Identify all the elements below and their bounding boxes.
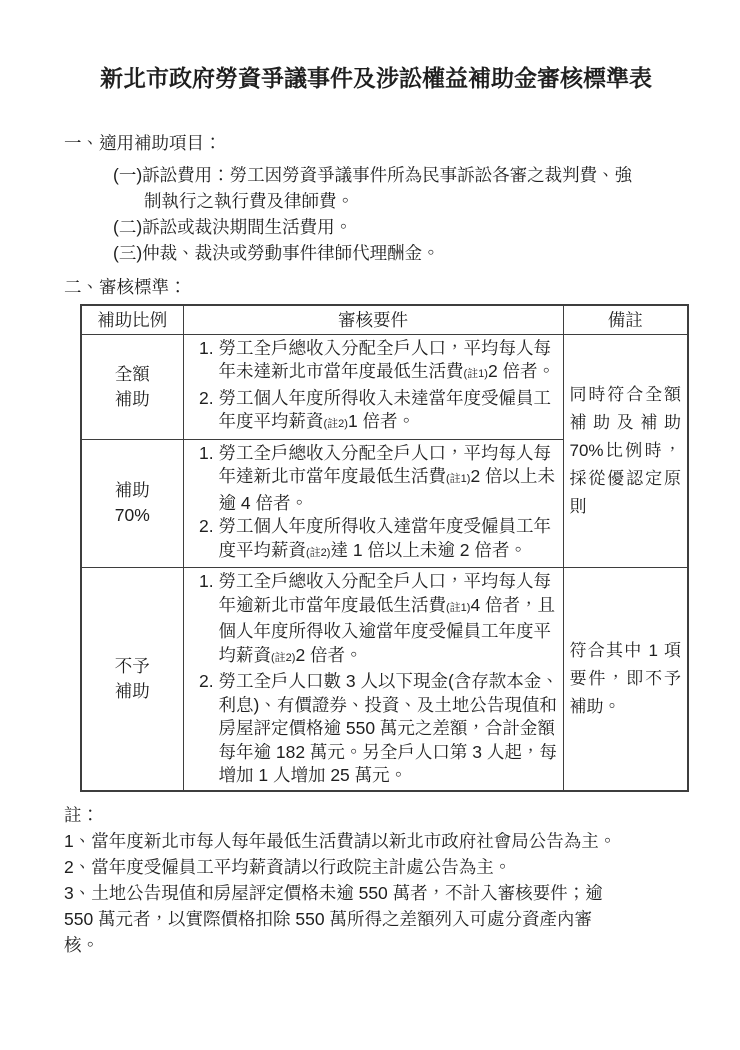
criteria-item: 勞工全戶總收入分配全戶人口，平均每人每年逾新北市當年度最低生活費(註1)4 倍者…: [219, 570, 560, 670]
footnote-ref: (註2): [306, 547, 330, 559]
criteria-list: 勞工全戶總收入分配全戶人口，平均每人每年逾新北市當年度最低生活費(註1)4 倍者…: [184, 570, 560, 788]
footnote-ref: (註1): [446, 473, 470, 485]
apply-items-list: (一)訴訟費用：勞工因勞資爭議事件所為民事訴訟各審之裁判費、強 制執行之執行費及…: [144, 162, 688, 266]
header-subsidy-ratio: 補助比例: [81, 305, 183, 334]
apply-item-3-line-1: (三)仲裁、裁決或勞動事件律師代理酬金。: [144, 240, 688, 266]
remark-text: 符合其中 1 項要件，即不予補助。: [570, 637, 682, 721]
document-title: 新北市政府勞資爭議事件及涉訟權益補助金審核標準表: [64, 62, 688, 94]
criteria-item: 勞工全戶總收入分配全戶人口，平均每人每年達新北市當年度最低生活費(註1)2 倍以…: [219, 442, 560, 516]
ratio-cell-full-subsidy: 全額 補助: [81, 334, 183, 439]
footnotes-section: 註： 1、當年度新北市每人每年最低生活費請以新北市政府社會局公告為主。 2、當年…: [64, 802, 688, 958]
remark-text: 同時符合全額補助及補助70%比例時，採從優認定原則: [570, 381, 682, 521]
table-row-no-subsidy: 不予 補助 勞工全戶總收入分配全戶人口，平均每人每年逾新北市當年度最低生活費(註…: [81, 568, 688, 791]
remark-cell-no-subsidy: 符合其中 1 項要件，即不予補助。: [563, 568, 688, 791]
footnote-line-1: 1、當年度新北市每人每年最低生活費請以新北市政府社會局公告為主。: [64, 828, 688, 854]
footnote-line-4: 550 萬元者，以實際價格扣除 550 萬所得之差額列入可處分資產內審: [64, 906, 688, 932]
apply-item-3: (三)仲裁、裁決或勞動事件律師代理酬金。: [144, 240, 688, 266]
criteria-item: 勞工個人年度所得收入未達當年度受僱員工年度平均薪資(註2)1 倍者。: [219, 387, 560, 437]
footnote-ref: (註1): [446, 602, 470, 614]
criteria-cell-no-subsidy: 勞工全戶總收入分配全戶人口，平均每人每年逾新北市當年度最低生活費(註1)4 倍者…: [183, 568, 563, 791]
footnote-line-5: 核。: [64, 932, 688, 958]
ratio-cell-subsidy-70: 補助 70%: [81, 439, 183, 568]
section-apply-heading: 一、適用補助項目：: [64, 130, 688, 156]
criteria-item: 勞工個人年度所得收入達當年度受僱員工年度平均薪資(註2)達 1 倍以上未逾 2 …: [219, 515, 560, 565]
section-review-heading: 二、審核標準：: [64, 274, 688, 300]
apply-item-1: (一)訴訟費用：勞工因勞資爭議事件所為民事訴訟各審之裁判費、強 制執行之執行費及…: [144, 162, 688, 214]
document-page: 新北市政府勞資爭議事件及涉訟權益補助金審核標準表 一、適用補助項目： (一)訴訟…: [0, 0, 740, 1050]
footnotes-heading: 註：: [64, 802, 688, 828]
footnote-ref: (註2): [324, 418, 348, 430]
apply-item-2-line-1: (二)訴訟或裁決期間生活費用。: [144, 214, 688, 240]
criteria-cell-full-subsidy: 勞工全戶總收入分配全戶人口，平均每人每年未達新北市當年度最低生活費(註1)2 倍…: [183, 334, 563, 439]
header-remark: 備註: [563, 305, 688, 334]
footnote-line-2: 2、當年度受僱員工平均薪資請以行政院主計處公告為主。: [64, 854, 688, 880]
ratio-label-line: 70%: [82, 503, 183, 528]
table-header-row: 補助比例 審核要件 備註: [81, 305, 688, 334]
remark-cell-merged: 同時符合全額補助及補助70%比例時，採從優認定原則: [563, 334, 688, 568]
ratio-label-line: 全額: [82, 362, 183, 387]
apply-item-1-line-1: (一)訴訟費用：勞工因勞資爭議事件所為民事訴訟各審之裁判費、強: [144, 162, 688, 188]
criteria-list: 勞工全戶總收入分配全戶人口，平均每人每年未達新北市當年度最低生活費(註1)2 倍…: [184, 337, 560, 437]
footnote-ref: (註1): [464, 368, 488, 380]
header-review-criteria: 審核要件: [183, 305, 563, 334]
criteria-item: 勞工全戶人口數 3 人以下現金(含存款本金、利息)、有價證券、投資、及土地公告現…: [219, 670, 560, 788]
ratio-label-line: 補助: [82, 387, 183, 412]
footnote-line-3: 3、土地公告現值和房屋評定價格未逾 550 萬者，不計入審核要件；逾: [64, 880, 688, 906]
ratio-label-line: 補助: [82, 679, 183, 704]
criteria-cell-subsidy-70: 勞工全戶總收入分配全戶人口，平均每人每年達新北市當年度最低生活費(註1)2 倍以…: [183, 439, 563, 568]
apply-item-2: (二)訴訟或裁決期間生活費用。: [144, 214, 688, 240]
review-standards-table: 補助比例 審核要件 備註 全額 補助 勞工全戶總收入分配全戶人口，平均每人每年未…: [80, 304, 689, 792]
apply-item-1-line-2: 制執行之執行費及律師費。: [144, 188, 688, 214]
table-row-full-subsidy: 全額 補助 勞工全戶總收入分配全戶人口，平均每人每年未達新北市當年度最低生活費(…: [81, 334, 688, 439]
ratio-label-line: 不予: [82, 654, 183, 679]
ratio-cell-no-subsidy: 不予 補助: [81, 568, 183, 791]
criteria-list: 勞工全戶總收入分配全戶人口，平均每人每年達新北市當年度最低生活費(註1)2 倍以…: [184, 442, 560, 566]
ratio-label-line: 補助: [82, 478, 183, 503]
criteria-item: 勞工全戶總收入分配全戶人口，平均每人每年未達新北市當年度最低生活費(註1)2 倍…: [219, 337, 560, 387]
footnote-ref: (註2): [271, 652, 295, 664]
